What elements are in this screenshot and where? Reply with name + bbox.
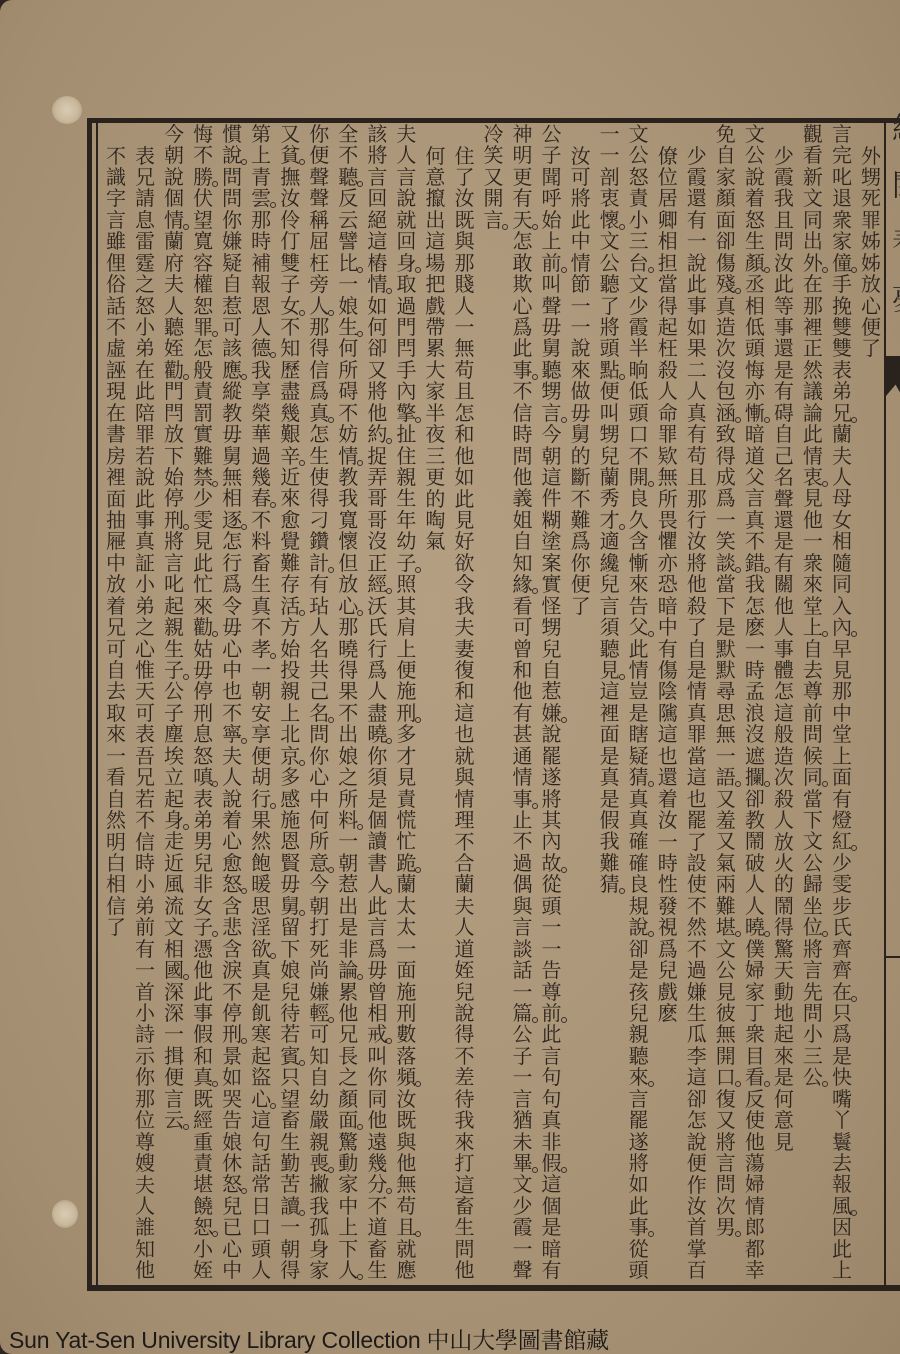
character: 他 — [685, 574, 709, 595]
character: 衷 — [598, 188, 622, 209]
character: 恩 — [249, 296, 273, 317]
character: 生 — [452, 1217, 476, 1238]
character: 開 — [714, 1046, 738, 1067]
character: 始 — [162, 467, 186, 488]
character: 証 — [133, 553, 157, 574]
character: 汝 — [685, 1196, 709, 1217]
character: 聲 — [307, 167, 331, 188]
character: 一 — [598, 145, 622, 166]
character: 那 — [801, 296, 825, 317]
character: 燈 — [830, 810, 854, 831]
character: 勸 — [162, 360, 186, 381]
character: 所 — [336, 360, 360, 381]
character: 待 — [452, 1089, 476, 1110]
character: 默 — [714, 639, 738, 660]
character: 言 — [540, 403, 564, 424]
text-column: 夫人言說就回身取過門閂手內擎扯住親生年幼子照其肩上便施刑多才見責慌忙跪蘭太太一面… — [394, 124, 418, 1282]
character: 有 — [772, 553, 796, 574]
character: 閂 — [394, 338, 418, 359]
character: 怒 — [743, 210, 767, 231]
punctuation-circle-icon — [415, 1081, 421, 1087]
character: 飽 — [249, 853, 273, 874]
character: 一 — [133, 960, 157, 981]
character: 既 — [191, 1089, 215, 1110]
character: 便 — [598, 381, 622, 402]
character: 這 — [772, 703, 796, 724]
character: 文 — [627, 124, 651, 145]
character: 久 — [627, 510, 651, 531]
character: 此 — [830, 1239, 854, 1260]
character: 面 — [598, 724, 622, 745]
character: 過 — [511, 853, 535, 874]
character: 含 — [220, 939, 244, 960]
character: 少 — [772, 146, 796, 167]
character: 女 — [191, 896, 215, 917]
character: 口 — [249, 1217, 273, 1238]
text-column: 言完叱退衆家僮手挽雙雙表弟兄蘭夫人母女相隨同入內早見那中堂上面有燈紅少雯步氏齊齊… — [830, 124, 854, 1282]
character: 甥 — [540, 381, 564, 402]
character: 叫 — [540, 274, 564, 295]
character: 塵 — [162, 724, 186, 745]
character: 雯 — [191, 510, 215, 531]
character: 夫 — [452, 896, 476, 917]
character: 說 — [220, 145, 244, 166]
character: 言 — [801, 960, 825, 981]
character: 雷 — [133, 231, 157, 252]
character: 今 — [307, 874, 331, 895]
character: 傷 — [714, 253, 738, 274]
character: 冷 — [481, 124, 505, 145]
character: 這 — [656, 724, 680, 745]
character: 汝 — [569, 146, 593, 167]
character: 得 — [307, 488, 331, 509]
character: 你 — [220, 210, 244, 231]
character: 無 — [452, 338, 476, 359]
character: 頭 — [598, 338, 622, 359]
character: 隲 — [656, 703, 680, 724]
character: 半 — [627, 338, 651, 359]
character: 齊 — [830, 960, 854, 981]
character: 有 — [511, 703, 535, 724]
character: 姪 — [452, 960, 476, 981]
character: 何 — [365, 317, 389, 338]
character: 夫 — [830, 446, 854, 467]
character: 起 — [656, 317, 680, 338]
character: 幼 — [394, 531, 418, 552]
character: 知 — [278, 338, 302, 359]
character: 前 — [801, 703, 825, 724]
character: 近 — [278, 467, 302, 488]
character: 夫 — [220, 746, 244, 767]
punctuation-circle-icon — [299, 910, 305, 916]
character: 相 — [743, 296, 767, 317]
character: 嘴 — [830, 1089, 854, 1110]
character: 汝 — [685, 531, 709, 552]
character: 鬧 — [743, 831, 767, 852]
character: 有 — [511, 188, 535, 209]
character: 人 — [772, 617, 796, 638]
character: 得 — [772, 917, 796, 938]
character: 便 — [162, 1067, 186, 1088]
character: 讀 — [365, 831, 389, 852]
character: 相 — [830, 531, 854, 552]
character: 何 — [423, 146, 447, 167]
character: 放 — [104, 574, 128, 595]
character: 責 — [191, 381, 215, 402]
character: 面 — [104, 489, 128, 510]
character: 嫌 — [540, 703, 564, 724]
character: 住 — [452, 146, 476, 167]
character: 次 — [772, 767, 796, 788]
character: 戲 — [423, 296, 447, 317]
character: 兄 — [133, 167, 157, 188]
character: 多 — [278, 767, 302, 788]
character: 如 — [452, 467, 476, 488]
character: 吾 — [133, 746, 157, 767]
character: 毋 — [569, 403, 593, 424]
character: 此 — [133, 381, 157, 402]
character: 尊 — [540, 982, 564, 1003]
character: 適 — [598, 531, 622, 552]
character: 他 — [394, 1153, 418, 1174]
character: 猜 — [598, 874, 622, 895]
text-column: 汝可將此中情節一一說來做毋舅的斷不難爲你便了 — [569, 146, 593, 618]
character: 殺 — [685, 596, 709, 617]
character: 說 — [452, 1003, 476, 1024]
character: 沃 — [365, 596, 389, 617]
punctuation-circle-icon — [299, 1060, 305, 1066]
punctuation-circle-icon — [241, 738, 247, 744]
character: 曾 — [365, 982, 389, 1003]
character: 說 — [540, 724, 564, 745]
character: 和 — [452, 681, 476, 702]
character: 規 — [627, 896, 651, 917]
character: 見 — [801, 488, 825, 509]
character: 陰 — [656, 681, 680, 702]
character: 坐 — [801, 896, 825, 917]
character: 啕 — [423, 510, 447, 531]
character: 姪 — [162, 338, 186, 359]
character: 惹 — [540, 681, 564, 702]
character: 沒 — [743, 724, 767, 745]
character: 更 — [511, 167, 535, 188]
character: 遮 — [743, 746, 767, 767]
character: 人 — [307, 296, 331, 317]
character: 道 — [743, 446, 767, 467]
character: 說 — [685, 253, 709, 274]
character: 弄 — [365, 467, 389, 488]
character: 計 — [307, 553, 331, 574]
character: 他 — [336, 1003, 360, 1024]
character: 上 — [830, 746, 854, 767]
character: 雖 — [104, 231, 128, 252]
character: 氏 — [365, 617, 389, 638]
character: 果 — [685, 338, 709, 359]
character: 少 — [191, 488, 215, 509]
character: 果 — [249, 810, 273, 831]
punctuation-circle-icon — [415, 867, 421, 873]
character: 事 — [511, 360, 535, 381]
character: 麽 — [743, 617, 767, 638]
character: 心 — [220, 1239, 244, 1260]
character: 先 — [801, 982, 825, 1003]
character: 汝 — [278, 188, 302, 209]
character: 子 — [162, 703, 186, 724]
character: 賓 — [278, 1046, 302, 1067]
character: 他 — [801, 510, 825, 531]
character: 小 — [133, 1003, 157, 1024]
character: 人 — [656, 381, 680, 402]
punctuation-circle-icon — [270, 502, 276, 508]
character: 有 — [685, 210, 709, 231]
character: 裡 — [801, 317, 825, 338]
character: 疑 — [220, 253, 244, 274]
punctuation-circle-icon — [299, 159, 305, 165]
character: 人 — [220, 767, 244, 788]
character: 話 — [104, 296, 128, 317]
character: 姐 — [511, 510, 535, 531]
character: 令 — [452, 574, 476, 595]
character: 暗 — [743, 424, 767, 445]
character: 之 — [336, 1067, 360, 1088]
character: 不 — [336, 145, 360, 166]
character: 一 — [714, 510, 738, 531]
character: 公 — [801, 1067, 825, 1088]
character: 將 — [162, 531, 186, 552]
character: 道 — [365, 1217, 389, 1238]
character: 畜 — [278, 1110, 302, 1131]
character: 言 — [104, 210, 128, 231]
character: 驚 — [336, 1132, 360, 1153]
character: 關 — [772, 574, 796, 595]
character: 住 — [394, 446, 418, 467]
character: 家 — [743, 982, 767, 1003]
character: 有 — [540, 1260, 564, 1281]
character: 出 — [423, 210, 447, 231]
text-column: 觀看新文同出外在那裡正然議論此情衷見他一衆來堂上自去尊前問候同當下文公歸坐位將言… — [801, 124, 825, 1089]
character: 男 — [191, 831, 215, 852]
character: 尊 — [801, 681, 825, 702]
character: 含 — [627, 531, 651, 552]
character: 文 — [511, 1174, 535, 1195]
character: 這 — [598, 681, 622, 702]
character: 艱 — [278, 424, 302, 445]
character: 怒 — [220, 1174, 244, 1195]
character: 案 — [540, 553, 564, 574]
character: 晌 — [627, 360, 651, 381]
character: 前 — [540, 253, 564, 274]
character: 取 — [394, 274, 418, 295]
character: 恩 — [278, 831, 302, 852]
character: 裡 — [598, 703, 622, 724]
character: 卻 — [685, 1089, 709, 1110]
punctuation-circle-icon — [386, 1188, 392, 1194]
character: 所 — [656, 489, 680, 510]
character: 意 — [307, 853, 331, 874]
character: 一 — [511, 982, 535, 1003]
text-column: 少霞還有一說此事如果二人真有苟且那行汝將他殺了自是情真罪當這也罷了設使不然不過嫌… — [685, 146, 709, 1282]
character: 不 — [278, 317, 302, 338]
character: 和 — [452, 424, 476, 445]
character: 弟 — [133, 896, 157, 917]
character: 畢 — [511, 1153, 535, 1174]
character: 明 — [104, 832, 128, 853]
character: 雙 — [278, 253, 302, 274]
character: 何 — [307, 810, 331, 831]
character: 了 — [685, 832, 709, 853]
character: 上 — [830, 1260, 854, 1281]
character: 不 — [191, 145, 215, 166]
character: 聽 — [598, 274, 622, 295]
character: 娘 — [278, 960, 302, 981]
character: 真 — [249, 960, 273, 981]
character: 罷 — [627, 1110, 651, 1131]
character: 名 — [307, 639, 331, 660]
character: 俚 — [104, 253, 128, 274]
character: 不 — [743, 531, 767, 552]
character: 識 — [104, 167, 128, 188]
character: 人 — [743, 896, 767, 917]
character: 破 — [743, 853, 767, 874]
character: 夫 — [452, 617, 476, 638]
character: 如 — [365, 296, 389, 317]
character: 事 — [685, 296, 709, 317]
character: 來 — [627, 574, 651, 595]
character: 堂 — [830, 724, 854, 745]
character: 有 — [307, 574, 331, 595]
character: 看 — [104, 767, 128, 788]
character: 一 — [540, 917, 564, 938]
character: 爲 — [365, 660, 389, 681]
character: 春 — [249, 488, 273, 509]
character: 殘 — [714, 274, 738, 295]
character: 口 — [714, 1067, 738, 1088]
character: 無 — [714, 724, 738, 745]
character: 瞎 — [627, 724, 651, 745]
character: 你 — [133, 1067, 157, 1088]
character: 說 — [162, 167, 186, 188]
character: 言 — [627, 1089, 651, 1110]
punctuation-circle-icon — [299, 310, 305, 316]
character: 故 — [540, 853, 564, 874]
character: 立 — [162, 767, 186, 788]
character: 時 — [249, 231, 273, 252]
punctuation-circle-icon — [328, 567, 334, 573]
character: 屜 — [104, 531, 128, 552]
character: 親 — [394, 467, 418, 488]
character: 門 — [162, 381, 186, 402]
character: 問 — [307, 724, 331, 745]
character: 公 — [540, 124, 564, 145]
character: 欲 — [452, 553, 476, 574]
character: 霞 — [685, 167, 709, 188]
character: 德 — [249, 338, 273, 359]
character: 尋 — [714, 681, 738, 702]
character: 享 — [249, 724, 273, 745]
text-column: 又貧撫汝伶仃雙子女不知歷盡幾艱辛近來愈覺難存活方始投親上北京多感施恩賢毋舅留下娘… — [278, 124, 302, 1282]
character: 將 — [627, 1153, 651, 1174]
character: 相 — [104, 874, 128, 895]
character: 太 — [394, 896, 418, 917]
character: 罪 — [191, 317, 215, 338]
character: 位 — [801, 917, 825, 938]
character: 笑 — [481, 145, 505, 166]
character: 所 — [336, 789, 360, 810]
character: 傷 — [656, 660, 680, 681]
character: 問 — [511, 446, 535, 467]
character: 打 — [307, 917, 331, 938]
character: 中 — [220, 1260, 244, 1281]
character: 雙 — [830, 317, 854, 338]
character: 弟 — [133, 596, 157, 617]
character: 有 — [685, 424, 709, 445]
character: 停 — [162, 488, 186, 509]
punctuation-circle-icon — [386, 438, 392, 444]
character: 論 — [336, 960, 360, 981]
character: 愈 — [220, 853, 244, 874]
character: 議 — [801, 381, 825, 402]
character: 悲 — [220, 917, 244, 938]
character: 子 — [278, 274, 302, 295]
character: 名 — [307, 703, 331, 724]
character: 中 — [220, 660, 244, 681]
character: 霞 — [772, 167, 796, 188]
character: 只 — [278, 1067, 302, 1088]
character: 須 — [598, 617, 622, 638]
character: 秀 — [598, 488, 622, 509]
character: 起 — [162, 789, 186, 810]
character: 其 — [394, 596, 418, 617]
character: 怎 — [772, 681, 796, 702]
character: 丫 — [830, 1110, 854, 1131]
character: 報 — [249, 274, 273, 295]
character: 夫 — [162, 274, 186, 295]
character: 補 — [249, 253, 273, 274]
character: 親 — [307, 1132, 331, 1153]
character: 談 — [714, 553, 738, 574]
character: 弟 — [133, 338, 157, 359]
character: 兒 — [220, 1196, 244, 1217]
character: 當 — [801, 789, 825, 810]
character: 理 — [452, 810, 476, 831]
character: 蘭 — [394, 874, 418, 895]
character: 苟 — [452, 360, 476, 381]
character: 畜 — [249, 553, 273, 574]
character: 將 — [569, 188, 593, 209]
character: 孩 — [627, 982, 651, 1003]
character: 苟 — [394, 1196, 418, 1217]
character: 暗 — [540, 1239, 564, 1260]
character: 可 — [133, 703, 157, 724]
character: 雲 — [249, 188, 273, 209]
character: 須 — [365, 767, 389, 788]
character: 命 — [656, 403, 680, 424]
character: 難 — [569, 510, 593, 531]
character: 了 — [859, 338, 883, 359]
character: 快 — [830, 1067, 854, 1088]
character: 哭 — [220, 1089, 244, 1110]
character: 勤 — [278, 1153, 302, 1174]
character: 少 — [830, 853, 854, 874]
character: 完 — [830, 145, 854, 166]
character: 數 — [394, 1024, 418, 1045]
punctuation-circle-icon — [270, 803, 276, 809]
character: 慚 — [627, 553, 651, 574]
character: 不 — [104, 317, 128, 338]
character: 示 — [133, 1046, 157, 1067]
character: 兒 — [540, 639, 564, 660]
character: 節 — [569, 274, 593, 295]
